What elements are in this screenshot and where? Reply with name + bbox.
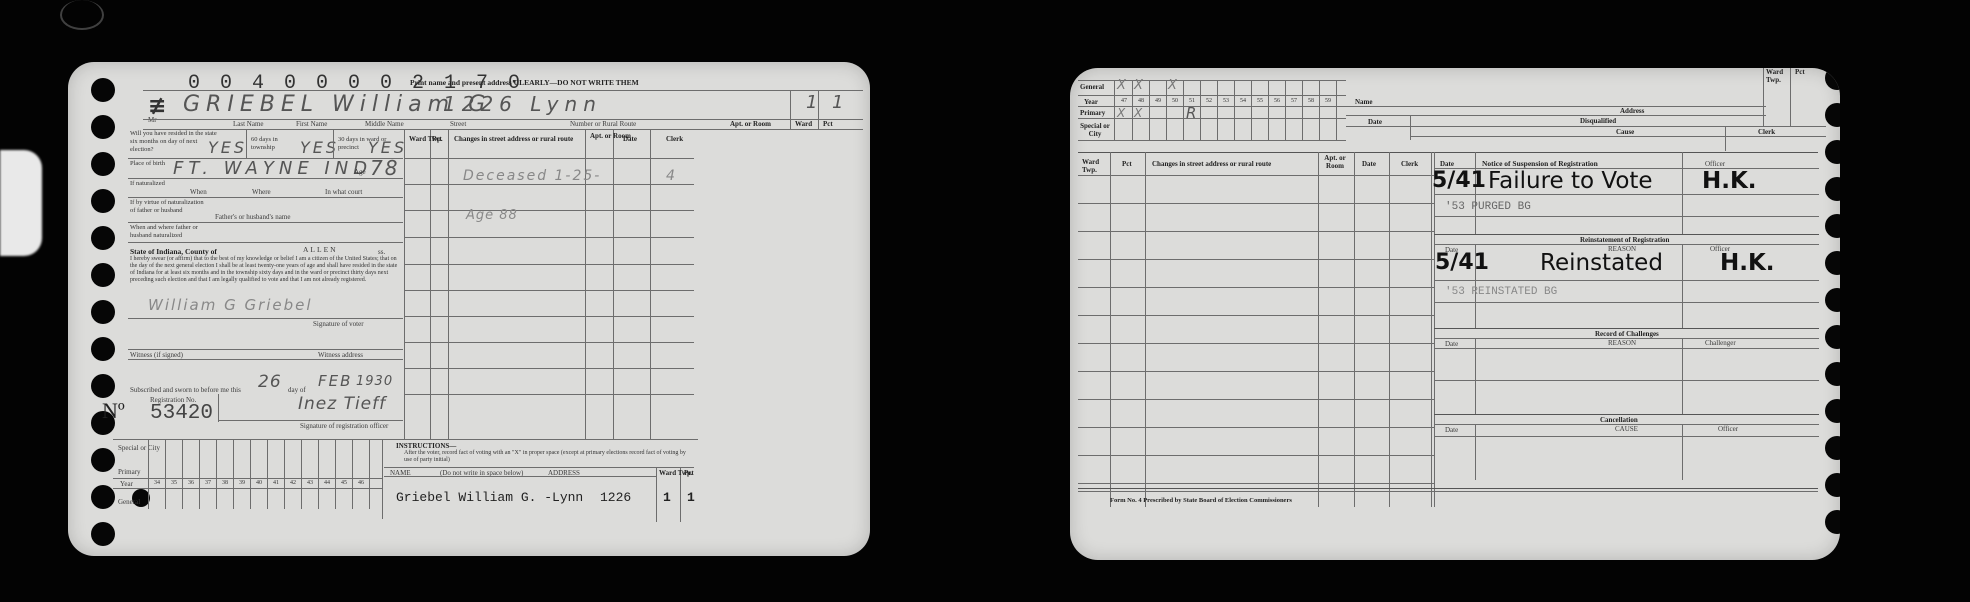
punch-hole: [91, 300, 115, 324]
stub-pct: 1: [687, 490, 695, 505]
primary-mark-47: X: [1117, 106, 1131, 120]
punch-hole: [91, 226, 115, 250]
back-grid-label-general: General: [1080, 83, 1104, 91]
challenges-date-label: Date: [1445, 340, 1458, 348]
reinstatement-note: '53 REINSTATED BG: [1445, 286, 1557, 298]
last-name-label: Last Name: [233, 120, 264, 128]
punch-hole: [1825, 288, 1840, 312]
middle-name-label: Middle Name: [365, 120, 404, 128]
suspension-officer: H.K.: [1702, 168, 1757, 194]
county-value: ALLEN: [303, 246, 338, 254]
grid-label-primary: Primary: [118, 468, 141, 476]
cancellation-heading: Cancellation: [1600, 416, 1638, 424]
punch-hole: [1825, 103, 1840, 127]
grid-label-special: Special or City: [118, 444, 160, 452]
back-ward-label: Ward Twp.: [1766, 68, 1788, 84]
suspension-reason: Failure to Vote: [1488, 168, 1653, 194]
residency-q2-label: 60 days in township: [251, 136, 301, 152]
pct-header: Pct: [432, 135, 442, 143]
challenges-challenger-label: Challenger: [1705, 339, 1736, 347]
punch-hole: [91, 448, 115, 472]
first-name-label: First Name: [296, 120, 327, 128]
challenges-reason-label: REASON: [1608, 339, 1636, 347]
grid-label-general: General: [118, 498, 140, 506]
punch-hole: [91, 522, 115, 546]
cancellation-cause-label: CAUSE: [1615, 425, 1638, 433]
suspension-officer-label: Officer: [1705, 160, 1725, 168]
where-label: Where: [252, 188, 271, 196]
oath-heading: State of Indiana, County of: [130, 248, 217, 256]
back-grid-label-special: Special or City: [1080, 122, 1110, 138]
residency-q1-answer: YES: [208, 138, 247, 157]
father-name-label: Father's or husband's name: [215, 213, 290, 221]
grid-label-year: Year: [120, 480, 133, 488]
place-of-birth: FT. WAYNE IND: [173, 158, 372, 179]
oath-suffix: ss.: [378, 248, 385, 256]
primary-mark-48: X: [1134, 106, 1148, 120]
suspension-heading: Notice of Suspension of Registration: [1482, 160, 1598, 168]
punch-hole: [91, 374, 115, 398]
apt-label: Apt. or Room: [730, 120, 771, 128]
back-address-label: Address: [1620, 107, 1644, 115]
punch-hole: [1825, 436, 1840, 460]
punch-hole: [1825, 68, 1840, 90]
general-mark-50: X: [1168, 78, 1183, 93]
reinstatement-officer: H.K.: [1720, 250, 1775, 276]
cancellation-officer-label: Officer: [1718, 425, 1738, 433]
punch-hole: [91, 152, 115, 176]
edge-of-adjacent-card: [0, 150, 42, 256]
day-of-label: day of: [288, 386, 306, 394]
pct-label: Pct: [823, 120, 833, 128]
voter-signature: William G Griebel: [148, 296, 313, 314]
changes-header: Changes in street address or rural route: [454, 135, 573, 143]
primary-mark-51: R: [1186, 104, 1202, 122]
back-grid-label-primary: Primary: [1080, 109, 1105, 117]
naturalized-label: If naturalized: [130, 180, 165, 188]
street-handwritten: 1226 Lynn: [443, 92, 602, 116]
when-label: When: [190, 188, 207, 196]
suspension-date: 5/41: [1432, 168, 1486, 193]
stub-name: Griebel William G. -Lynn: [396, 490, 583, 505]
suspension-note: '53 PURGED BG: [1445, 201, 1531, 213]
punch-hole: [1825, 177, 1840, 201]
subscribed-month: FEB: [318, 372, 352, 390]
age-value: 78: [370, 156, 399, 180]
punch-hole: [91, 78, 115, 102]
number-symbol: Nº: [102, 398, 125, 424]
registration-card-front: 0 0 4 0 0 0 0 2 1 7 0 Print name and pre…: [68, 62, 870, 556]
registration-card-back: General Year Primary Special or City 47 …: [1070, 68, 1840, 560]
officer-signature: Inez Tieff: [298, 394, 386, 414]
court-label: In what court: [325, 188, 362, 196]
punch-hole: [1825, 362, 1840, 386]
film-scratch: [60, 0, 104, 30]
oath-text: I hereby swear (or affirm) that to the b…: [130, 256, 402, 284]
witness-address-label: Witness address: [318, 351, 363, 359]
when-where-label: When and where father or husband natural…: [130, 224, 220, 240]
father-label: If by virtue of naturalization of father…: [130, 199, 205, 215]
change-row-2-clerk: 4: [666, 168, 681, 184]
punch-hole: [1825, 510, 1840, 534]
disqualified-cause-label: Cause: [1616, 128, 1634, 136]
disqualified-label: Disqualified: [1580, 117, 1616, 125]
reinstatement-date: 5/41: [1435, 250, 1489, 275]
subscribed-label: Subscribed and sworn to before me this: [130, 386, 241, 394]
reinstatement-reason: Reinstated: [1540, 250, 1663, 276]
punch-hole: [91, 337, 115, 361]
age-label: Age: [354, 168, 366, 176]
punch-hole: [91, 115, 115, 139]
ward-handwritten: 1: [806, 92, 823, 113]
punch-hole: [1825, 214, 1840, 238]
general-mark-47: X: [1117, 78, 1132, 93]
suspension-date-label: Date: [1440, 160, 1454, 168]
witness-label: Witness (if signed): [130, 351, 183, 359]
back-grid-label-year: Year: [1084, 98, 1098, 106]
instructions-heading: INSTRUCTIONS—: [396, 442, 456, 450]
back-pct-label: Pct: [1795, 68, 1805, 76]
punch-hole: [91, 263, 115, 287]
form-footer: Form No. 4 Prescribed by State Board of …: [1110, 497, 1292, 505]
street-label: Street: [450, 120, 466, 128]
cancellation-date-label: Date: [1445, 426, 1458, 434]
number-label: Number or Rural Route: [570, 120, 636, 128]
registration-number: 53420: [150, 402, 213, 425]
challenges-heading: Record of Challenges: [1595, 330, 1659, 338]
ward-label: Ward: [795, 120, 812, 128]
residency-q3-answer: YES: [368, 138, 407, 157]
instructions-text: After the voter, record fact of voting w…: [404, 450, 694, 464]
punch-hole: [1825, 325, 1840, 349]
back-pct-header: Pct: [1122, 160, 1132, 168]
back-ward-twp-header: Ward Twp.: [1082, 158, 1106, 174]
general-mark-48: X: [1134, 78, 1149, 93]
punch-hole: [91, 189, 115, 213]
punch-hole: [1825, 251, 1840, 275]
clerk-header: Clerk: [666, 135, 683, 143]
subscribed-day: 26: [258, 372, 282, 392]
voter-signature-label: Signature of voter: [313, 320, 364, 328]
stub-pct-header: Pct: [684, 469, 694, 477]
punch-hole: [1825, 473, 1840, 497]
pct-handwritten: 1: [832, 92, 849, 113]
back-name-label: Name: [1355, 98, 1373, 106]
officer-signature-label: Signature of registration officer: [300, 422, 388, 430]
punch-hole: [1825, 140, 1840, 164]
header-notice: Print name and present address CLEARLY—D…: [410, 79, 639, 87]
change-row-2: Deceased 1-25-: [463, 168, 601, 184]
disqualified-date-label: Date: [1368, 118, 1382, 126]
disqualified-clerk-label: Clerk: [1758, 128, 1775, 136]
stub-number: 1226: [600, 490, 631, 505]
birth-label: Place of birth: [130, 160, 170, 168]
change-row-3: Age 88: [466, 208, 518, 223]
stub-ward: 1: [663, 490, 671, 505]
subscribed-year: 1930: [356, 374, 393, 389]
back-changes-header: Changes in street address or rural route: [1152, 160, 1271, 168]
back-clerk-header: Clerk: [1401, 160, 1418, 168]
reinstatement-heading: Reinstatement of Registration: [1580, 236, 1669, 244]
punch-hole: [91, 485, 115, 509]
punch-hole: [1825, 399, 1840, 423]
back-apt-header: Apt. or Room: [1322, 154, 1348, 170]
date-header: Date: [623, 135, 637, 143]
prefix-label: Mr: [148, 116, 157, 124]
back-date-header: Date: [1362, 160, 1376, 168]
